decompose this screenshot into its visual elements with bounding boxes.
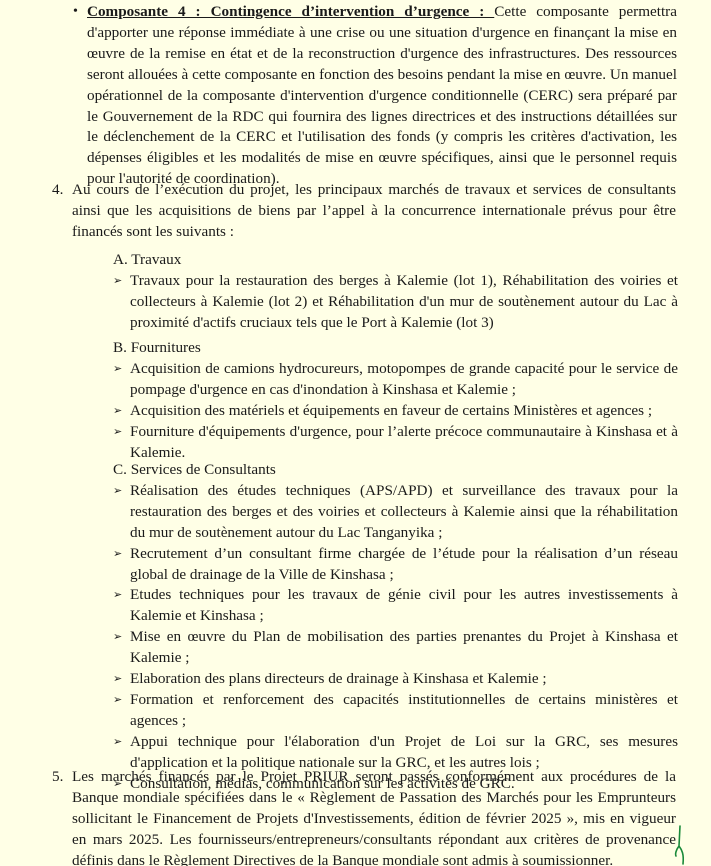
handwritten-annotation-icon — [673, 824, 687, 866]
component-4-text: Cette composante permettra d'apporter un… — [87, 3, 677, 187]
list-item: ➢ Recrutement d’un consultant firme char… — [113, 544, 678, 586]
list-item: ➢ Acquisition de camions hydrocureurs, m… — [113, 359, 678, 401]
section-fournitures: B. Fournitures ➢ Acquisition de camions … — [113, 338, 678, 463]
arrow-bullet-icon: ➢ — [113, 401, 122, 422]
arrow-bullet-icon: ➢ — [113, 585, 122, 606]
list-item-text: Appui technique pour l'élaboration d'un … — [130, 733, 678, 771]
document-page: • Composante 4 : Contingence d’intervent… — [0, 0, 711, 866]
section-travaux: A. Travaux ➢ Travaux pour la restauratio… — [113, 250, 678, 334]
paragraph-text: Au cours de l’exécution du projet, les p… — [72, 181, 676, 240]
list-item-text: Fourniture d'équipements d'urgence, pour… — [130, 423, 678, 461]
list-item-text: Recrutement d’un consultant firme chargé… — [130, 545, 678, 583]
arrow-bullet-icon: ➢ — [113, 544, 122, 565]
arrow-bullet-icon: ➢ — [113, 422, 122, 443]
section-title: C. Services de Consultants — [113, 460, 678, 481]
list-item-text: Elaboration des plans directeurs de drai… — [130, 670, 547, 687]
paragraph-number: 4. — [52, 180, 63, 201]
list-item-text: Mise en œuvre du Plan de mobilisation de… — [130, 628, 678, 666]
section-services-consultants: C. Services de Consultants ➢ Réalisation… — [113, 460, 678, 795]
list-item: ➢ Mise en œuvre du Plan de mobilisation … — [113, 627, 678, 669]
paragraph-4: 4. Au cours de l’exécution du projet, le… — [72, 180, 676, 243]
paragraph-5: 5. Les marchés financés par le Projet PR… — [72, 767, 676, 866]
list-item-text: Acquisition des matériels et équipements… — [130, 402, 652, 419]
arrow-bullet-icon: ➢ — [113, 690, 122, 711]
arrow-bullet-icon: ➢ — [113, 627, 122, 648]
list-item: ➢ Etudes techniques pour les travaux de … — [113, 585, 678, 627]
arrow-bullet-icon: ➢ — [113, 732, 122, 753]
list-item: ➢ Travaux pour la restauration des berge… — [113, 271, 678, 334]
list-item: ➢ Fourniture d'équipements d'urgence, po… — [113, 422, 678, 464]
list-item-text: Réalisation des études techniques (APS/A… — [130, 482, 678, 541]
section-title: B. Fournitures — [113, 338, 678, 359]
list-item-text: Etudes techniques pour les travaux de gé… — [130, 586, 678, 624]
list-item-text: Formation et renforcement des capacités … — [130, 691, 678, 729]
component-4-bullet: • Composante 4 : Contingence d’intervent… — [87, 2, 677, 190]
component-4-title: Composante 4 : Contingence d’interventio… — [87, 3, 494, 20]
arrow-bullet-icon: ➢ — [113, 359, 122, 380]
list-item-text: Acquisition de camions hydrocureurs, mot… — [130, 360, 678, 398]
list-item-text: Travaux pour la restauration des berges … — [130, 272, 678, 331]
bullet-icon: • — [73, 2, 78, 23]
section-title: A. Travaux — [113, 250, 678, 271]
list-item: ➢ Elaboration des plans directeurs de dr… — [113, 669, 678, 690]
arrow-bullet-icon: ➢ — [113, 481, 122, 502]
list-item: ➢ Acquisition des matériels et équipemen… — [113, 401, 678, 422]
paragraph-text: Les marchés financés par le Projet PRIUR… — [72, 768, 676, 866]
list-item: ➢ Réalisation des études techniques (APS… — [113, 481, 678, 544]
arrow-bullet-icon: ➢ — [113, 271, 122, 292]
paragraph-number: 5. — [52, 767, 63, 788]
arrow-bullet-icon: ➢ — [113, 669, 122, 690]
list-item: ➢ Formation et renforcement des capacité… — [113, 690, 678, 732]
